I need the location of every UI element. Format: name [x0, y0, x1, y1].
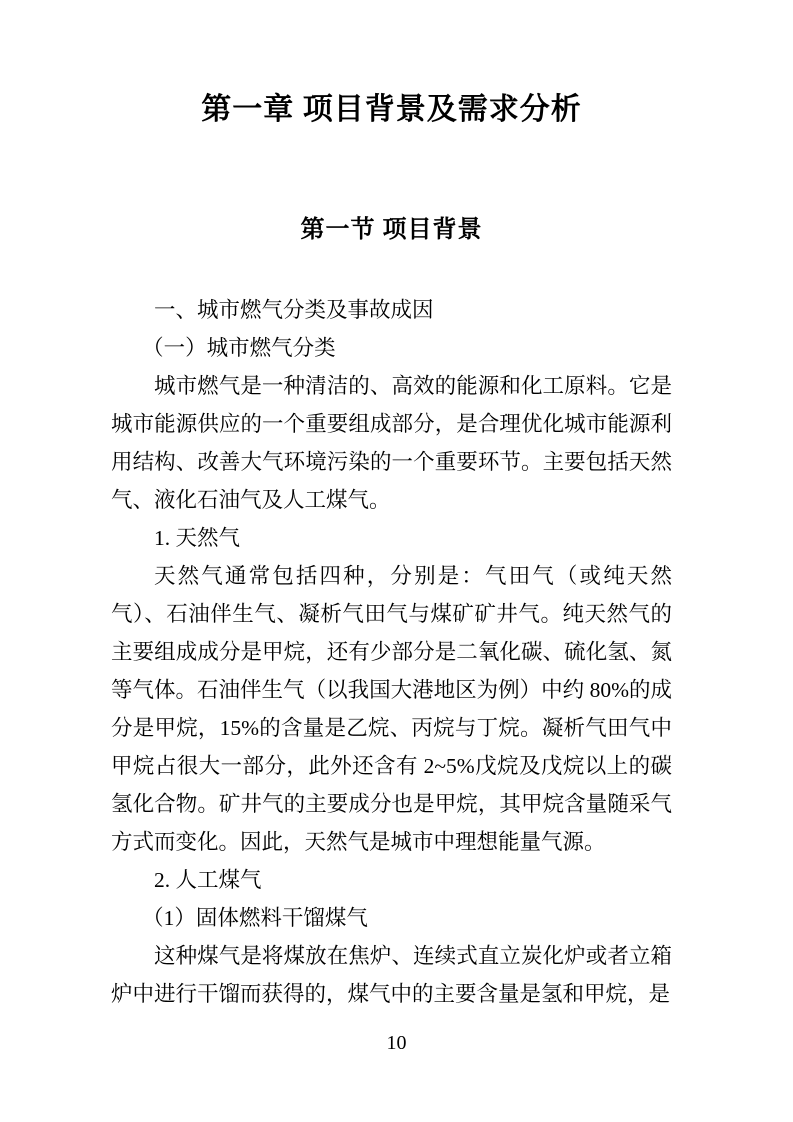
chapter-title: 第一章 项目背景及需求分析	[111, 88, 672, 132]
document-page: 第一章 项目背景及需求分析 第一节 项目背景 一、城市燃气分类及事故成因 （一）…	[0, 0, 793, 1122]
subheading-artificial-gas: 2. 人工煤气	[111, 861, 672, 899]
subheading-natural-gas: 1. 天然气	[111, 519, 672, 557]
subheading-city-gas-classification: （一）城市燃气分类	[111, 329, 672, 367]
paragraph-dry-distillation-gas-detail: 这种煤气是将煤放在焦炉、连续式直立炭化炉或者立箱炉中进行干馏而获得的，煤气中的主…	[111, 937, 672, 1013]
page-number: 10	[0, 1028, 793, 1058]
document-body: 一、城市燃气分类及事故成因 （一）城市燃气分类 城市燃气是一种清洁的、高效的能源…	[111, 291, 672, 1013]
paragraph-natural-gas-detail: 天然气通常包括四种，分别是：气田气（或纯天然气）、石油伴生气、凝析气田气与煤矿矿…	[111, 557, 672, 861]
section-title: 第一节 项目背景	[111, 212, 672, 248]
paragraph-city-gas-intro: 城市燃气是一种清洁的、高效的能源和化工原料。它是城市能源供应的一个重要组成部分，…	[111, 367, 672, 519]
list-heading-gas-classification-and-causes: 一、城市燃气分类及事故成因	[111, 291, 672, 329]
subheading-solid-fuel-dry-distillation-gas: （1）固体燃料干馏煤气	[111, 899, 672, 937]
